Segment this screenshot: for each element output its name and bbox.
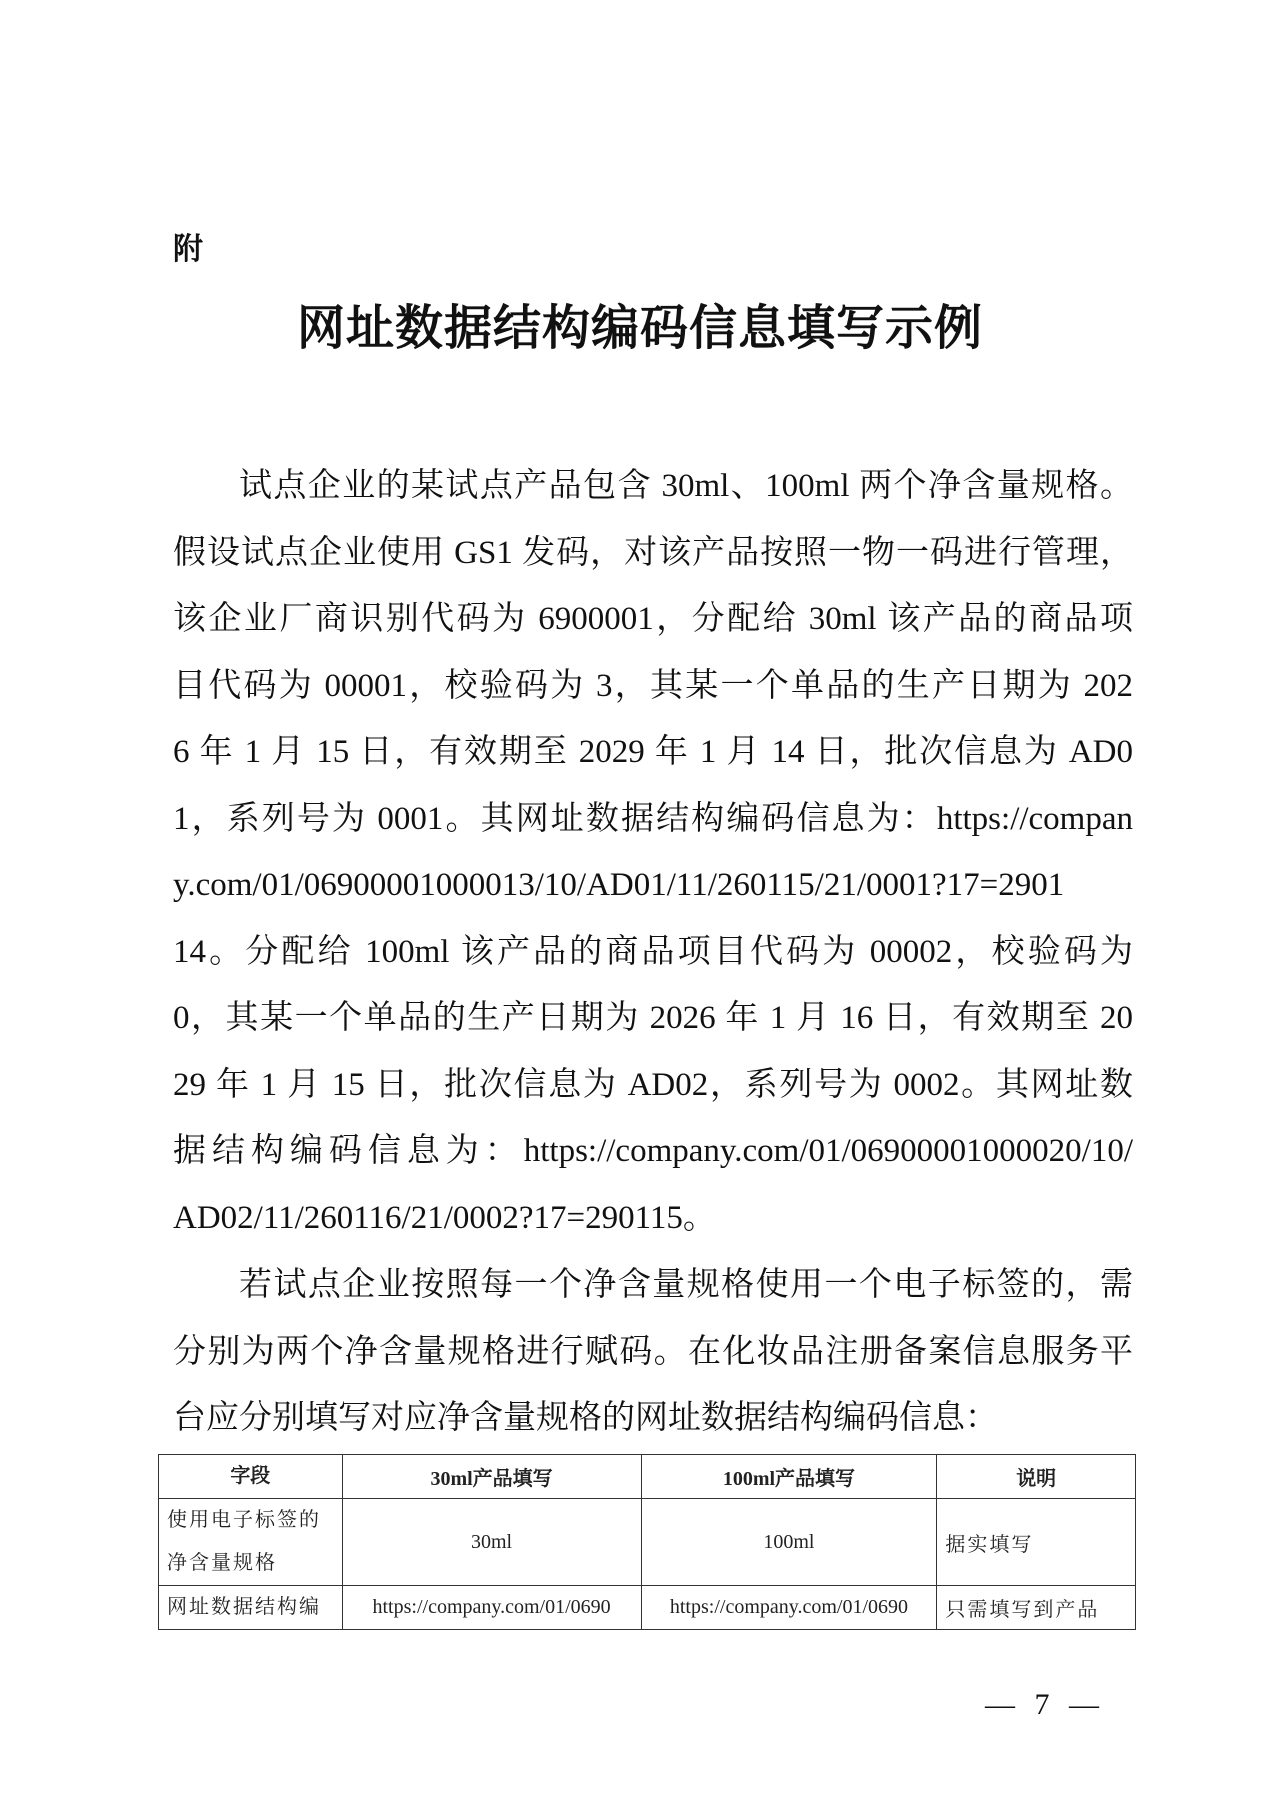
attachment-label: 附 bbox=[173, 230, 203, 270]
cell-note: 据实填写 bbox=[937, 1499, 1136, 1586]
header-field: 字段 bbox=[159, 1455, 343, 1499]
cell-30ml-value: 30ml bbox=[342, 1499, 641, 1586]
paragraph-line: 目代码为 00001，校验码为 3，其某一个单品的生产日期为 202 bbox=[173, 653, 1133, 720]
paragraph-line: y.com/01/06900001000013/10/AD01/11/26011… bbox=[173, 852, 1133, 919]
header-30ml: 30ml产品填写 bbox=[342, 1455, 641, 1499]
paragraph-line: 该企业厂商识别代码为 6900001，分配给 30ml 该产品的商品项 bbox=[173, 586, 1133, 653]
paragraph-line: AD02/11/260116/21/0002?17=290115。 bbox=[173, 1185, 1133, 1252]
cell-field-line: 使用电子标签的 bbox=[167, 1499, 334, 1542]
table-row: 使用电子标签的 净含量规格 30ml 100ml 据实填写 bbox=[159, 1499, 1136, 1586]
page-number: — 7 — bbox=[985, 1685, 1105, 1725]
paragraph-line: 据结构编码信息为：https://company.com/01/06900001… bbox=[173, 1118, 1133, 1185]
paragraph-line: 0，其某一个单品的生产日期为 2026 年 1 月 16 日，有效期至 20 bbox=[173, 985, 1133, 1052]
table-header-row: 字段 30ml产品填写 100ml产品填写 说明 bbox=[159, 1455, 1136, 1499]
paragraph-labeling-instruction: 若试点企业按照每一个净含量规格使用一个电子标签的，需 分别为两个净含量规格进行赋… bbox=[173, 1252, 1133, 1452]
header-100ml: 100ml产品填写 bbox=[641, 1455, 937, 1499]
cell-field-line: 净含量规格 bbox=[167, 1542, 334, 1585]
paragraph-line: 6 年 1 月 15 日，有效期至 2029 年 1 月 14 日，批次信息为 … bbox=[173, 719, 1133, 786]
paragraph-line: 若试点企业按照每一个净含量规格使用一个电子标签的，需 bbox=[173, 1252, 1133, 1319]
cell-field: 网址数据结构编 bbox=[159, 1586, 343, 1630]
url-encoding-table: 字段 30ml产品填写 100ml产品填写 说明 使用电子标签的 净含量规格 3… bbox=[158, 1454, 1136, 1630]
cell-30ml-value: https://company.com/01/0690 bbox=[342, 1586, 641, 1630]
document-page: 附 网址数据结构编码信息填写示例 试点企业的某试点产品包含 30ml、100ml… bbox=[0, 0, 1280, 1810]
cell-field: 使用电子标签的 净含量规格 bbox=[159, 1499, 343, 1586]
cell-note: 只需填写到产品 bbox=[937, 1586, 1136, 1630]
paragraph-example-description: 试点企业的某试点产品包含 30ml、100ml 两个净含量规格。 假设试点企业使… bbox=[173, 453, 1133, 1251]
document-title: 网址数据结构编码信息填写示例 bbox=[0, 298, 1280, 358]
paragraph-line: 台应分别填写对应净含量规格的网址数据结构编码信息： bbox=[173, 1385, 1133, 1452]
paragraph-line: 14。分配给 100ml 该产品的商品项目代码为 00002，校验码为 bbox=[173, 919, 1133, 986]
paragraph-line: 分别为两个净含量规格进行赋码。在化妆品注册备案信息服务平 bbox=[173, 1319, 1133, 1386]
cell-100ml-value: 100ml bbox=[641, 1499, 937, 1586]
header-note: 说明 bbox=[937, 1455, 1136, 1499]
paragraph-line: 试点企业的某试点产品包含 30ml、100ml 两个净含量规格。 bbox=[173, 453, 1133, 520]
paragraph-line: 假设试点企业使用 GS1 发码，对该产品按照一物一码进行管理， bbox=[173, 520, 1133, 587]
paragraph-line: 1，系列号为 0001。其网址数据结构编码信息为：https://compan bbox=[173, 786, 1133, 853]
table-row: 网址数据结构编 https://company.com/01/0690 http… bbox=[159, 1586, 1136, 1630]
cell-100ml-value: https://company.com/01/0690 bbox=[641, 1586, 937, 1630]
paragraph-line: 29 年 1 月 15 日，批次信息为 AD02，系列号为 0002。其网址数 bbox=[173, 1052, 1133, 1119]
